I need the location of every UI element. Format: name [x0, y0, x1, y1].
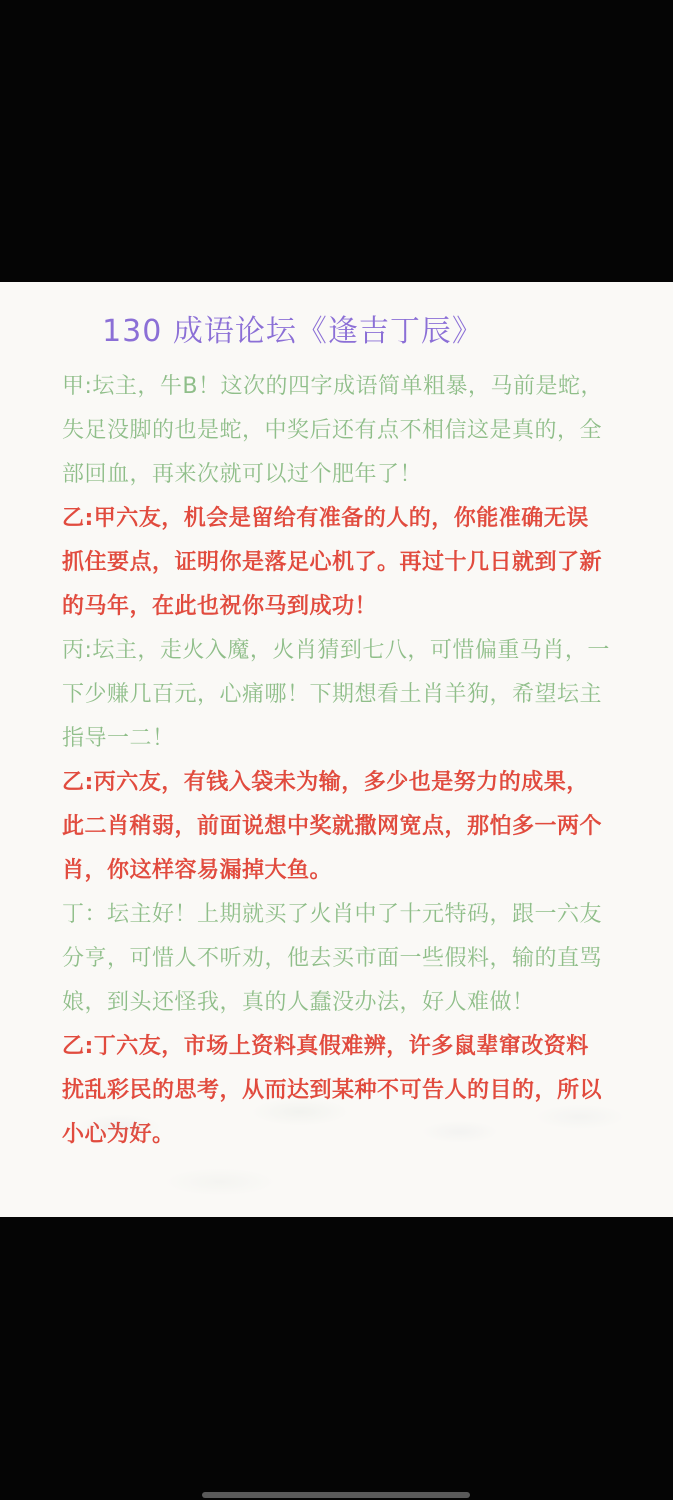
top-letterbox-band	[0, 0, 673, 282]
bottom-letterbox-band	[0, 1217, 673, 1500]
dialogue-paragraph: 丁：坛主好！上期就买了火肖中了十元特码，跟一六友分亨，可惜人不听劝，他去买市面一…	[62, 893, 611, 1025]
page-content: 130 成语论坛《逢吉丁辰》 甲:坛主，牛B！这次的四字成语简单粗暴，马前是蛇，…	[0, 282, 673, 1217]
dialogue-paragraph: 乙:丙六友，有钱入袋未为输，多少也是努力的成果，此二肖稍弱，前面说想中奖就撒网宽…	[62, 761, 611, 893]
dialogue-paragraph: 乙:丁六友，市场上资料真假难辨，许多鼠辈窜改资料扰乱彩民的思考，从而达到某种不可…	[62, 1025, 611, 1157]
home-indicator-bar[interactable]	[202, 1492, 470, 1498]
dialogue-paragraph: 甲:坛主，牛B！这次的四字成语简单粗暴，马前是蛇，失足没脚的也是蛇，中奖后还有点…	[62, 365, 611, 497]
dialogue-list: 甲:坛主，牛B！这次的四字成语简单粗暴，马前是蛇，失足没脚的也是蛇，中奖后还有点…	[0, 365, 673, 1157]
dialogue-paragraph: 乙:甲六友，机会是留给有准备的人的，你能准确无误抓住要点，证明你是落足心机了。再…	[62, 497, 611, 629]
page-title: 130 成语论坛《逢吉丁辰》	[0, 315, 673, 349]
phone-screenshot: 130 成语论坛《逢吉丁辰》 甲:坛主，牛B！这次的四字成语简单粗暴，马前是蛇，…	[0, 0, 673, 1500]
dialogue-paragraph: 丙:坛主，走火入魔，火肖猜到七八，可惜偏重马肖，一下少赚几百元，心痛哪！下期想看…	[62, 629, 611, 761]
